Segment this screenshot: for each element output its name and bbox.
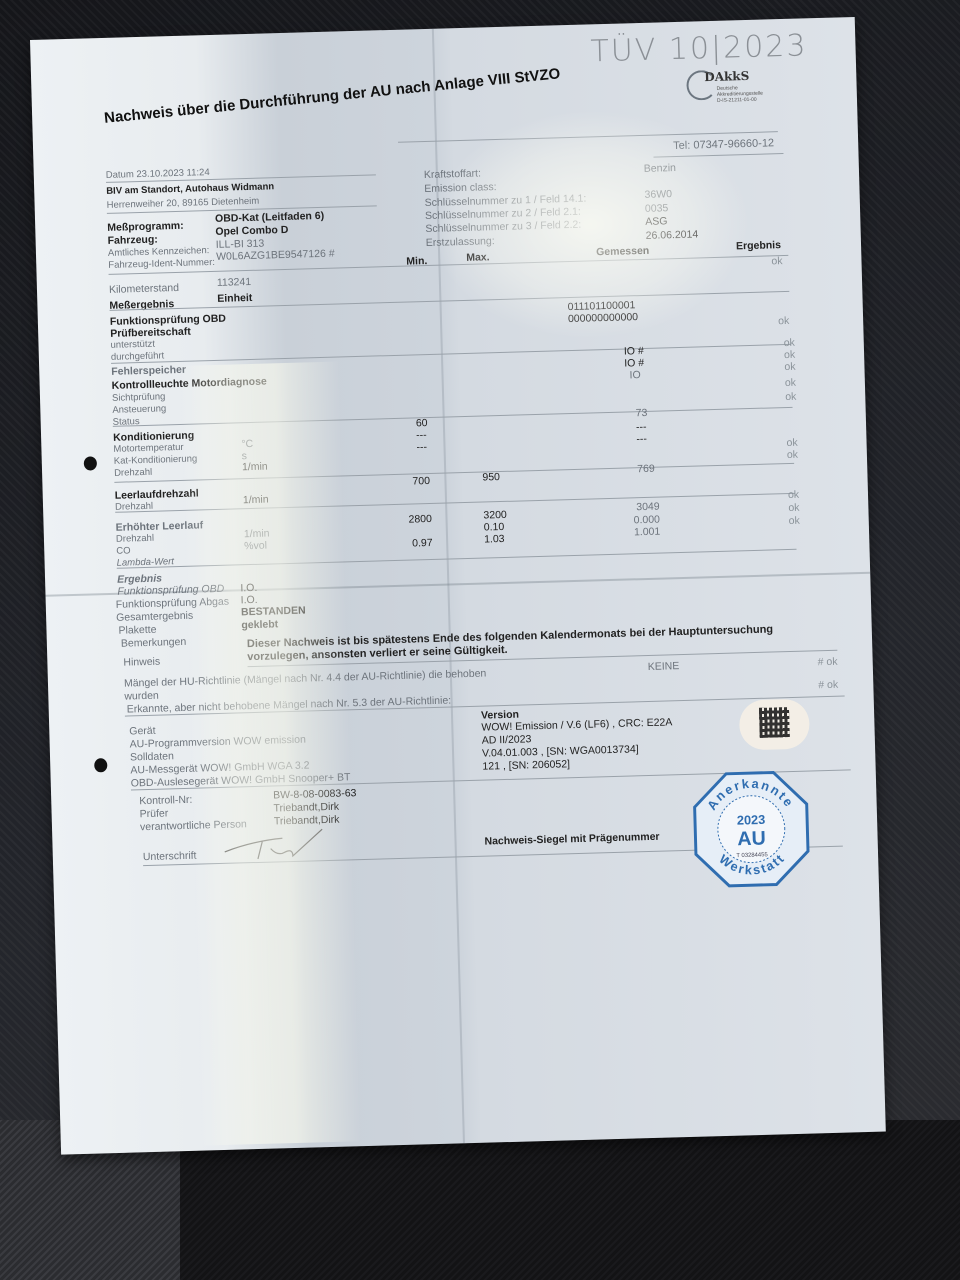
col-ergebnis: Ergebnis (736, 239, 781, 252)
dakks-logo: DAkkS Deutsche Akkreditierungsstelle D-I… (686, 64, 777, 110)
hinweis-text: Dieser Nachweis ist bis spätestens Ende … (247, 623, 773, 650)
au-certificate-document: TÜV 10|2023 DAkkS Deutsche Akkreditierun… (30, 17, 886, 1155)
km-label: Kilometerstand (109, 282, 179, 296)
km-value: 113241 (217, 276, 252, 289)
document-title: Nachweis über die Durchführung der AU na… (103, 65, 561, 127)
workshop-name: BIV am Standort, Autohaus Widmann (106, 181, 274, 197)
svg-text:2023: 2023 (737, 812, 766, 828)
col-gemessen: Gemessen (596, 245, 649, 258)
telephone: Tel: 07347-96660-12 (673, 137, 774, 152)
datamatrix-code (739, 699, 810, 751)
gesamtergebnis-value: BESTANDEN (241, 605, 306, 619)
svg-text:AU: AU (737, 828, 766, 851)
svg-text:T 03284455: T 03284455 (736, 852, 768, 859)
col-max: Max. (466, 251, 490, 264)
col-min: Min. (406, 255, 427, 268)
au-seal-sticker: Anerkannte Werkstatt 2023 AU T 03284455 (691, 769, 812, 890)
signature (222, 827, 333, 865)
